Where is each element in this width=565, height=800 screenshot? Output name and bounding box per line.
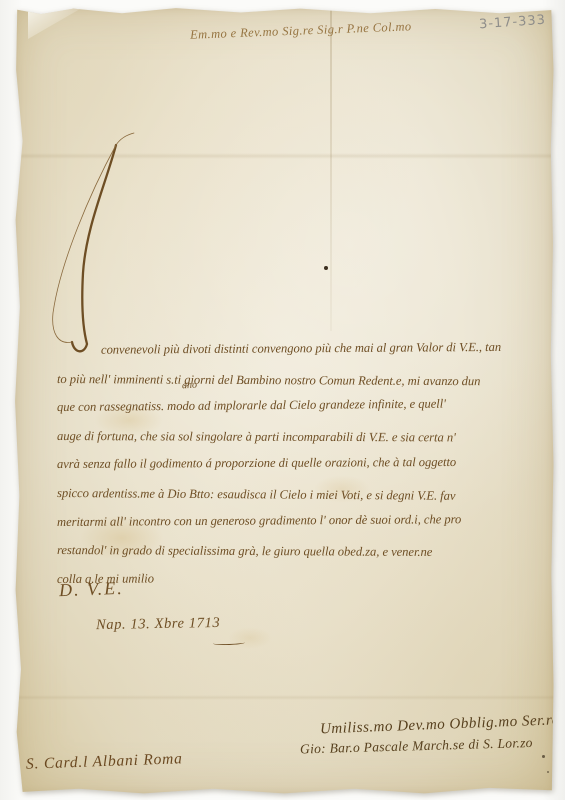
addressee-docket-line: S. Card.l Albani Roma [26, 750, 183, 773]
body-line: que con rassegnatiss. modo ad implorarle… [57, 389, 535, 422]
signature-block: Umiliss.mo Dev.mo Obblig.mo Ser.re Gio: … [300, 717, 550, 754]
letter-paper: 3-17-333 Em.mo e Rev.mo Sig.re Sig.r P.n… [14, 7, 554, 795]
dateline: Nap. 13. Xbre 1713 [96, 615, 221, 634]
scan-background: 3-17-333 Em.mo e Rev.mo Sig.re Sig.r P.n… [0, 0, 565, 800]
body-line: meritarmi all' incontro con un generoso … [57, 504, 535, 536]
body-line: convenevoli più divoti distinti convengo… [57, 333, 535, 365]
paper-shadow-wrap: 3-17-333 Em.mo e Rev.mo Sig.re Sig.r P.n… [0, 0, 565, 800]
foxing-stain [228, 627, 272, 649]
body-line: avrà senza fallo il godimento á proporzi… [57, 448, 535, 479]
body-line: colla q.le mi umilio [57, 562, 535, 593]
salutation-line: Em.mo e Rev.mo Sig.re Sig.r P.ne Col.mo [190, 18, 440, 43]
closing-formula: D. V.E. [59, 578, 124, 601]
signature-name-line: Gio: Bar.o Pascale March.se di S. Lor.zo [300, 735, 550, 758]
ink-spot [547, 771, 549, 773]
ink-spot [542, 755, 545, 758]
catalog-number-pencil: 3-17-333 [479, 13, 547, 33]
paper-corner-fold [28, 9, 80, 39]
date-underline-flourish [213, 640, 245, 645]
decorative-initial-flourish-icon [44, 131, 144, 363]
horizontal-crease [14, 695, 554, 700]
letter-body: convenevoli più divoti distinti convengo… [57, 336, 535, 593]
ink-spot [324, 266, 328, 270]
interlinear-correction: ano [182, 380, 198, 392]
vertical-crease [330, 9, 332, 331]
